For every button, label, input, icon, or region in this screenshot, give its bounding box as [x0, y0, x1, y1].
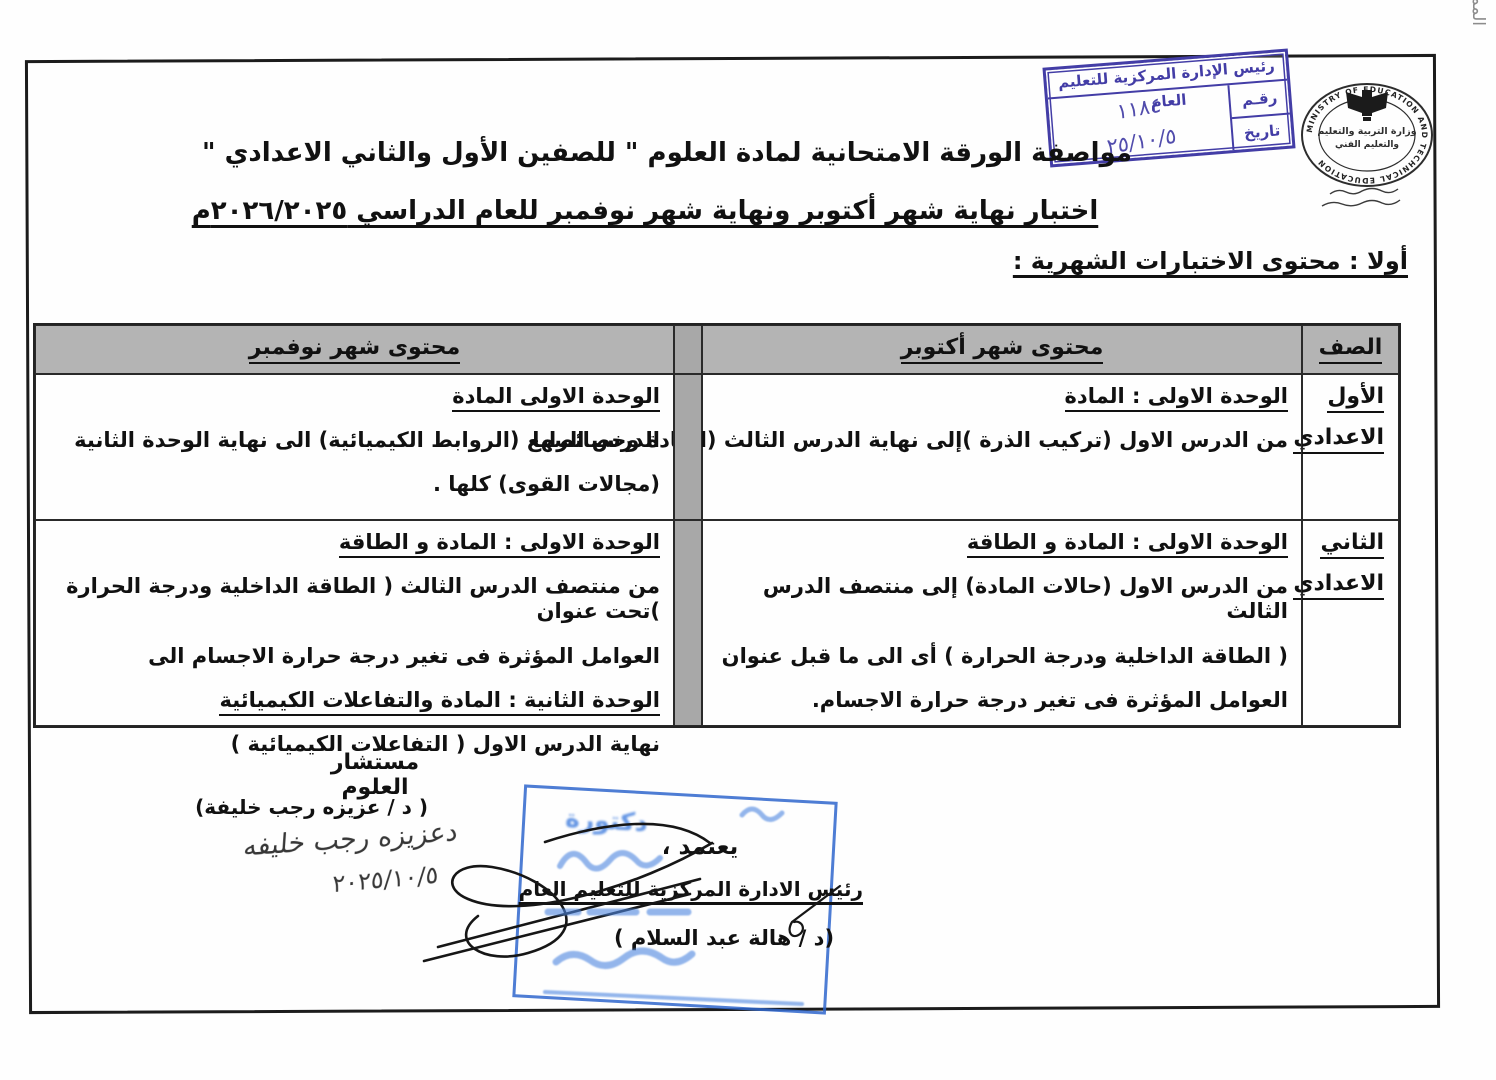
grade-cell-first-prep: الأول الاعدادي: [1302, 374, 1399, 520]
column-header-november: محتوى شهر نوفمبر: [35, 325, 674, 374]
november-cell-second-prep: الوحدة الاولى : المادة و الطاقة من منتصف…: [35, 520, 674, 726]
october-cell-second-prep: الوحدة الاولى : المادة و الطاقة من الدرس…: [702, 520, 1302, 726]
camscanner-watermark: الممسوحة ضوئيا بـ CamScanner: [1468, 0, 1488, 26]
november-cell-first-prep: الوحدة الاولى المادة الدرس الرابع (الروا…: [35, 374, 674, 520]
consultant-name: ( د / عزيزه رجب خليفة): [278, 795, 428, 819]
column-header-grade: الصف: [1302, 325, 1399, 374]
ministry-seal-icon: MINISTRY OF EDUCATION AND TECHNICAL EDUC…: [1292, 72, 1442, 222]
eagle-icon: [1346, 90, 1388, 121]
approval-title: رئيس الادارة المركزية للتعليم العام: [523, 877, 863, 901]
approval-name: (د / هالة عبد السلام ): [600, 926, 848, 950]
fold-shadow-strip: [674, 325, 702, 374]
scanned-document-page: { "watermark": { "text": "الممسوحة ضوئيا…: [0, 0, 1496, 1080]
document-title: مواصفة الورقة الامتحانية لمادة العلوم " …: [152, 138, 1182, 168]
approval-word: يعتمد ،: [640, 834, 760, 860]
ministry-seal-logo: MINISTRY OF EDUCATION AND TECHNICAL EDUC…: [1292, 72, 1442, 226]
blue-stamp-word: دكتورة: [565, 804, 649, 838]
document-subtitle: اختبار نهاية شهر أكتوبر ونهاية شهر نوفمب…: [150, 196, 1140, 226]
column-header-october: محتوى شهر أكتوبر: [702, 325, 1302, 374]
fold-shadow-strip: [674, 520, 702, 726]
section-heading: أولا : محتوى الاختبارات الشهرية :: [1013, 247, 1408, 275]
fold-shadow-strip: [674, 374, 702, 520]
stamp-number-label: رقـم: [1229, 81, 1289, 119]
monthly-content-table: الصف محتوى شهر أكتوبر محتوى شهر نوفمبر ا…: [33, 323, 1401, 728]
stamp-date-label: تاريخ: [1232, 114, 1292, 150]
october-cell-first-prep: الوحدة الاولى : المادة من الدرس الاول (ت…: [702, 374, 1302, 520]
svg-text:والتعليم الفني: والتعليم الفني: [1335, 140, 1399, 150]
grade-cell-second-prep: الثاني الاعدادي: [1302, 520, 1399, 726]
consultant-title: مستشار العلوم: [300, 750, 450, 800]
svg-text:وزارة التربية والتعليم: وزارة التربية والتعليم: [1317, 126, 1416, 137]
